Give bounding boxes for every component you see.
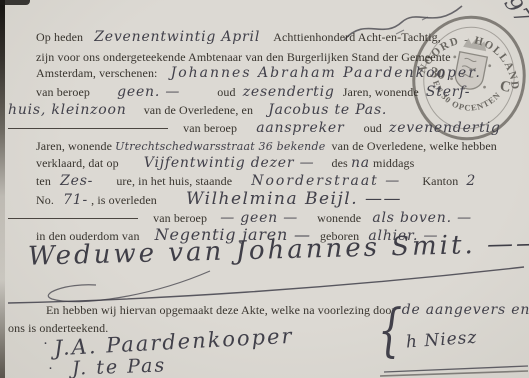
act-line-declarant1-details: van beroep geen. — oud zesendertig Jaren… <box>36 85 470 99</box>
handwritten-residence-deceased: als boven. — <box>372 210 472 226</box>
handwritten-residence2: Utrechtschedwarsstraat 36 bekende <box>115 140 325 153</box>
printed-text: ons is onderteekend. <box>8 321 108 335</box>
act-line-declarant2-details: van beroep aanspreker oud zevenendertig <box>8 121 501 135</box>
printed-text: oud <box>217 85 235 99</box>
printed-text: Achttienhonderd Acht-en-Tachtig, <box>273 30 441 44</box>
printed-text: des <box>332 156 348 170</box>
handwritten-deceased-name: Wilhelmina Beijl. —— <box>186 189 402 209</box>
handwritten-daypart: na <box>351 155 370 171</box>
signature-dot-mark: · <box>48 361 53 378</box>
handwritten-occupation1: geen. — <box>117 84 180 100</box>
printed-text: van beroep <box>183 121 237 135</box>
printed-text: ten <box>36 174 51 188</box>
signature-underline <box>380 360 529 378</box>
act-line-residence2: Jaren, wonende Utrechtschedwarsstraat 36… <box>36 139 497 154</box>
handwritten-death-date: Vijfentwintig dezer — <box>144 155 315 171</box>
handwritten-relation1: huis, kleinzoon <box>8 102 127 118</box>
printed-text: middags <box>373 156 414 170</box>
handwritten-hour: Zes- <box>60 173 93 189</box>
stamp-currency: C <box>499 78 513 96</box>
printed-text: Amsterdam, verschenen: <box>36 66 158 80</box>
death-certificate-scan: 97 NOORD - HOLLAND EN 30 OPCENTEN 30 C O… <box>0 0 529 378</box>
signature-brace-flourish: { <box>378 297 402 363</box>
printed-text: van de Overledene, welke hebben <box>332 139 497 153</box>
handwritten-occupation2: aanspreker <box>256 120 344 136</box>
printed-text: zijn voor ons ondergeteekende Ambtenaar … <box>36 50 451 64</box>
printed-text: Op heden <box>36 30 83 44</box>
closing-clause-line2: ons is onderteekend. <box>8 321 108 335</box>
act-line-deceased-name: No. 71- , is overleden Wilhelmina Beijl.… <box>36 192 402 207</box>
act-line-date: Op heden Zevenentwintig April Achttienho… <box>36 30 441 44</box>
act-line-relation1: huis, kleinzoon van de Overledene, en Ja… <box>8 103 387 117</box>
printed-text: wonende <box>317 211 361 225</box>
handwritten-closing-insert: de aangevers en <box>402 302 529 318</box>
signature-registrar: h Niesz <box>405 328 478 353</box>
printed-text: Kanton <box>422 174 458 188</box>
handwritten-date: Zevenentwintig April <box>94 29 260 45</box>
handwritten-street: Noorderstraat — <box>251 173 401 189</box>
scan-edge-artifact <box>0 0 5 378</box>
handwritten-house-number: 71- <box>63 192 88 208</box>
printed-text: En hebben wij hiervan opgemaakt deze Akt… <box>46 303 396 317</box>
handwritten-residence1: Sterf- <box>426 84 470 100</box>
printed-text: van de Overledene, en <box>144 103 253 117</box>
form-rule <box>8 128 168 129</box>
printed-text: van beroep <box>36 85 90 99</box>
act-line-deceased-details: van beroep — geen — wonende als boven. — <box>8 211 472 225</box>
printed-text: oud <box>364 121 382 135</box>
handwritten-age2: zevenendertig <box>389 120 501 136</box>
printed-text: Jaren, wonende <box>36 139 112 153</box>
printed-text: van beroep <box>153 211 207 225</box>
handwritten-age1: zesendertig <box>243 84 335 100</box>
act-line-death-date: verklaard, dat op Vijfentwintig dezer — … <box>36 156 414 170</box>
act-line-registrar: zijn voor ons ondergeteekende Ambtenaar … <box>36 50 451 64</box>
handwritten-declarant2-name: Jacobus te Pas. <box>268 102 387 118</box>
form-rule <box>8 218 138 219</box>
printed-text: No. <box>36 193 54 207</box>
printed-text: ure, in het huis, staande <box>116 174 232 188</box>
signature-declarant-2: J. te Pas <box>72 354 167 378</box>
printed-text: Jaren, wonende <box>343 85 419 99</box>
signature-dot-mark: · <box>43 336 48 353</box>
printed-text: , is overleden <box>91 193 157 207</box>
printed-text: verklaard, dat op <box>36 156 119 170</box>
act-line-death-place: ten Zes- ure, in het huis, staande Noord… <box>36 174 476 188</box>
handwritten-canton: 2 <box>466 173 476 189</box>
closing-clause-line1: En hebben wij hiervan opgemaakt deze Akt… <box>46 303 529 317</box>
act-line-declarant1-name: Amsterdam, verschenen: Johannes Abraham … <box>36 66 482 80</box>
handwritten-declarant1-name: Johannes Abraham Paardenkooper. <box>171 65 482 81</box>
scan-corner-artifact <box>0 0 30 5</box>
handwritten-occupation-deceased: — geen — <box>220 210 298 226</box>
